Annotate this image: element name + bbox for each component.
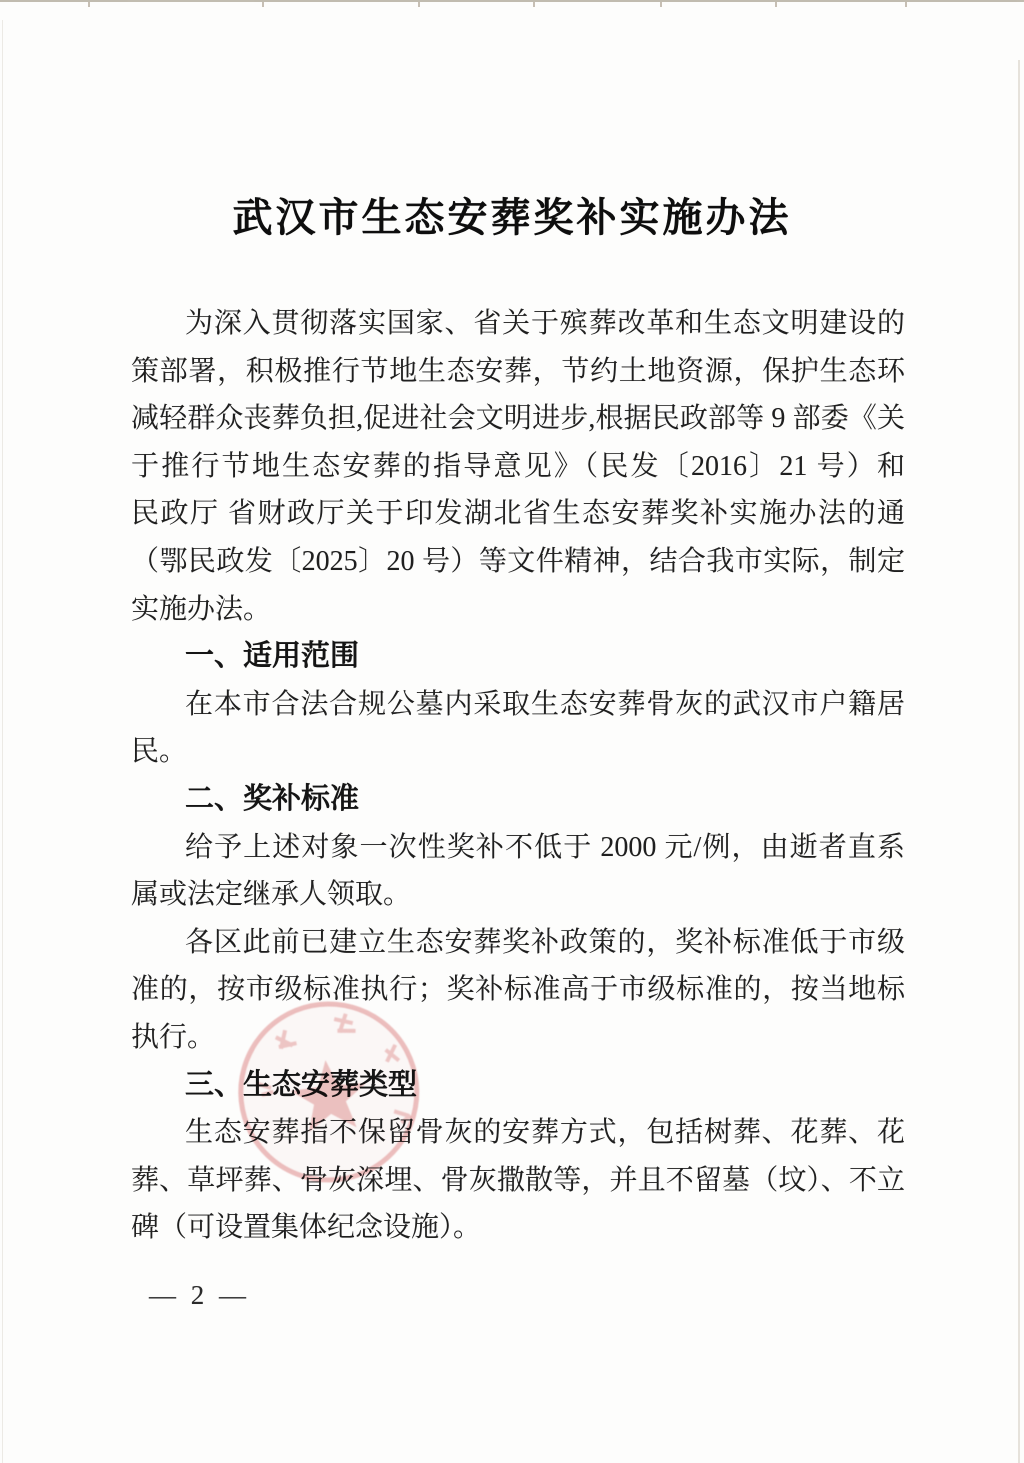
section-heading-3: 三、生态安葬类型 [131, 1062, 905, 1110]
body-line: 生态安葬指不保留骨灰的安葬方式，包括树葬、花葬、花坛 [131, 1109, 905, 1157]
body-line: 碑（可设置集体纪念设施）。 [131, 1204, 905, 1252]
body-line: 各区此前已建立生态安葬奖补政策的，奖补标准低于市级标 [131, 919, 905, 967]
scan-artifact-top-edge [0, 0, 1024, 2]
body-line: 为深入贯彻落实国家、省关于殡葬改革和生态文明建设的决 [131, 300, 905, 348]
section-heading-1: 一、适用范围 [131, 633, 905, 681]
scan-tick [775, 2, 777, 7]
body-line: 实施办法。 [131, 586, 905, 634]
scan-artifact-right-edge [1018, 60, 1020, 1463]
body-line: 于推行节地生态安葬的指导意见》（民发〔2016〕21 号）和《省 [131, 443, 905, 491]
document-body: 为深入贯彻落实国家、省关于殡葬改革和生态文明建设的决 策部署，积极推行节地生态安… [131, 300, 905, 1252]
document-title: 武汉市生态安葬奖补实施办法 [0, 186, 1024, 243]
scan-tick [660, 2, 662, 7]
body-line: 民政厅 省财政厅关于印发湖北省生态安葬奖补实施办法的通知》 [131, 490, 905, 538]
body-line: 给予上述对象一次性奖补不低于 2000 元/例，由逝者直系亲 [131, 824, 905, 872]
scan-tick [418, 2, 420, 7]
scan-tick [88, 2, 90, 7]
body-line: 属或法定继承人领取。 [131, 871, 905, 919]
scan-tick [533, 2, 535, 7]
body-line: 在本市合法合规公墓内采取生态安葬骨灰的武汉市户籍居 [131, 681, 905, 729]
scanned-document-page: 武汉市生态安葬奖补实施办法 为深入贯彻落实国家、省关于殡葬改革和生态文明建设的决… [0, 0, 1024, 1463]
section-heading-2: 二、奖补标准 [131, 776, 905, 824]
scan-tick [905, 2, 907, 7]
body-line: 策部署，积极推行节地生态安葬，节约土地资源，保护生态环境， [131, 348, 905, 396]
scan-tick [262, 2, 264, 7]
body-line: 减轻群众丧葬负担,促进社会文明进步,根据民政部等 9 部委《关 [131, 395, 905, 443]
body-line: 葬、草坪葬、骨灰深埋、骨灰撒散等，并且不留墓（坟）、不立 [131, 1157, 905, 1205]
body-line: 执行。 [131, 1014, 905, 1062]
body-line: （鄂民政发〔2025〕20 号）等文件精神，结合我市实际，制定本 [131, 538, 905, 586]
body-line: 民。 [131, 728, 905, 776]
body-line: 准的，按市级标准执行；奖补标准高于市级标准的，按当地标准 [131, 966, 905, 1014]
page-number: — 2 — [149, 1280, 250, 1311]
